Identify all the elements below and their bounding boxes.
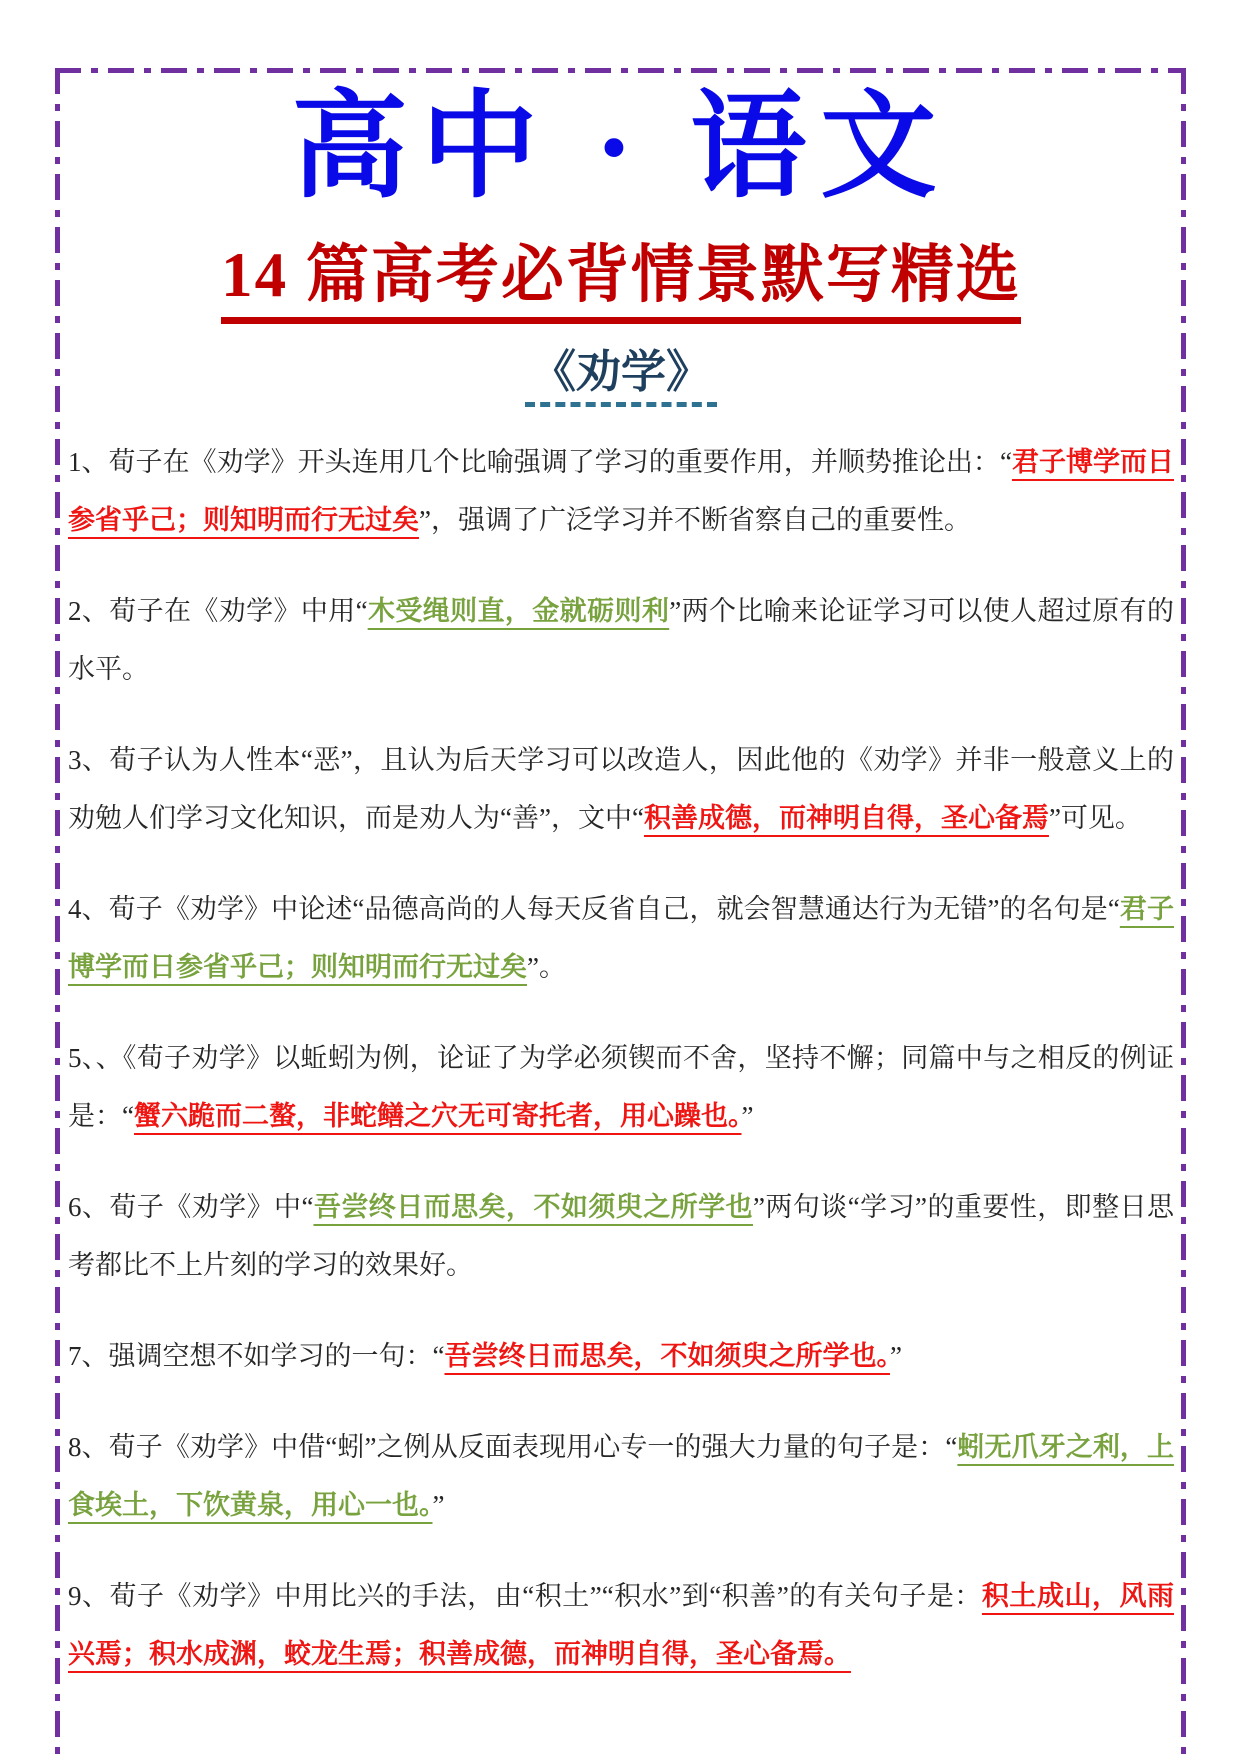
item-text: ”，强调了广泛学习并不断省察自己的重要性。 [419, 505, 971, 535]
item-text: ” [433, 1490, 445, 1520]
page-content: 高中 · 语文 14 篇高考必背情景默写精选 《劝学》 1、荀子在《劝学》开头连… [68, 82, 1174, 1716]
item-text: ” [741, 1101, 753, 1131]
item-text: ”。 [527, 952, 566, 982]
item-highlight-green: 木受绳则直，金就砺则利 [368, 596, 670, 626]
item-highlight-red: 积善成德，而神明自得，圣心备焉 [644, 803, 1049, 833]
item-paragraph: 4、荀子《劝学》中论述“品德高尚的人每天反省自己，就会智慧通达行为无错”的名句是… [68, 880, 1174, 996]
item-text: 9、荀子《劝学》中用比兴的手法，由“积土”“积水”到“积善”的有关句子是： [68, 1581, 982, 1611]
items-list: 1、荀子在《劝学》开头连用几个比喻强调了学习的重要作用，并顺势推论出：“君子博学… [68, 433, 1174, 1683]
item-text: 6、荀子《劝学》中“ [68, 1192, 313, 1222]
page-border-top [55, 68, 1186, 73]
item-text: 4、荀子《劝学》中论述“品德高尚的人每天反省自己，就会智慧通达行为无错”的名句是… [68, 894, 1120, 924]
subtitle-row: 14 篇高考必背情景默写精选 [68, 241, 1174, 323]
item-paragraph: 6、荀子《劝学》中“吾尝终日而思矣，不如须臾之所学也”两句谈“学习”的重要性，即… [68, 1178, 1174, 1294]
item-text: 8、荀子《劝学》中借“蚓”之例从反面表现用心专一的强大力量的句子是：“ [68, 1432, 957, 1462]
page-border-left [55, 68, 60, 1757]
item-paragraph: 2、荀子在《劝学》中用“木受绳则直，金就砺则利”两个比喻来论证学习可以使人超过原… [68, 582, 1174, 698]
item-paragraph: 7、强调空想不如学习的一句：“吾尝终日而思矣，不如须臾之所学也。” [68, 1327, 1174, 1385]
section-heading: 《劝学》 [525, 348, 717, 408]
item-paragraph: 3、荀子认为人性本“恶”，且认为后天学习可以改造人，因此他的《劝学》并非一般意义… [68, 731, 1174, 847]
item-text: 2、荀子在《劝学》中用“ [68, 596, 368, 626]
item-paragraph: 9、荀子《劝学》中用比兴的手法，由“积土”“积水”到“积善”的有关句子是：积土成… [68, 1567, 1174, 1683]
page-border-right [1181, 68, 1186, 1757]
page-subtitle: 14 篇高考必背情景默写精选 [221, 241, 1021, 323]
page-title: 高中 · 语文 [68, 82, 1174, 215]
item-text: 1、荀子在《劝学》开头连用几个比喻强调了学习的重要作用，并顺势推论出：“ [68, 447, 1012, 477]
item-paragraph: 8、荀子《劝学》中借“蚓”之例从反面表现用心专一的强大力量的句子是：“蚓无爪牙之… [68, 1418, 1174, 1534]
item-highlight-green: 吾尝终日而思矣，不如须臾之所学也 [313, 1192, 753, 1222]
item-highlight-red: 蟹六跪而二螯，非蛇鳝之穴无可寄托者，用心躁也。 [134, 1101, 742, 1131]
item-text: ”可见。 [1049, 803, 1142, 833]
item-paragraph: 1、荀子在《劝学》开头连用几个比喻强调了学习的重要作用，并顺势推论出：“君子博学… [68, 433, 1174, 549]
item-text: 7、强调空想不如学习的一句：“ [68, 1341, 444, 1371]
item-text: ” [890, 1341, 902, 1371]
item-highlight-red: 吾尝终日而思矣，不如须臾之所学也。 [444, 1341, 890, 1371]
section-heading-row: 《劝学》 [68, 348, 1174, 408]
item-paragraph: 5、、《荀子劝学》以蚯蚓为例，论证了为学必须锲而不舍，坚持不懈；同篇中与之相反的… [68, 1029, 1174, 1145]
